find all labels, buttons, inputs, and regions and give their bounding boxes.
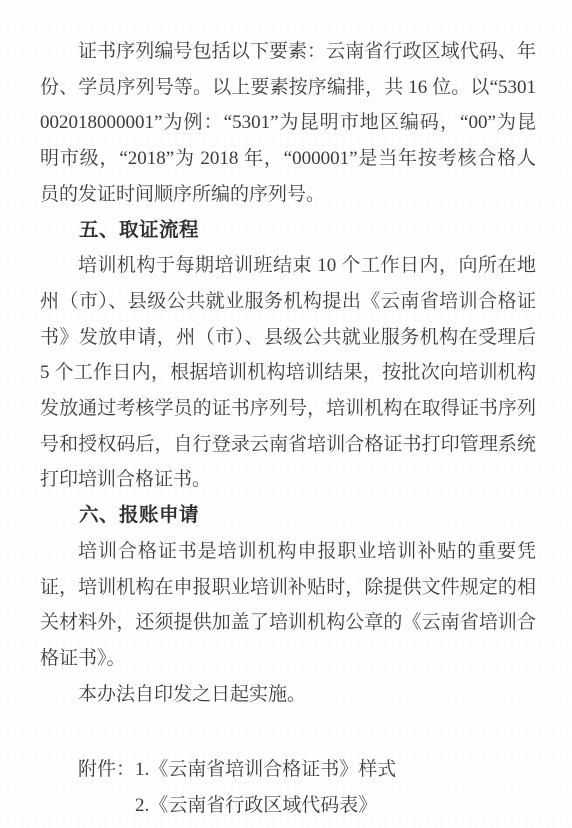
attachments-block: 附件： 1.《云南省培训合格证书》样式 2.《云南省行政区域代码表》: [40, 752, 536, 823]
attachment-item-1: 1.《云南省培训合格证书》样式: [135, 752, 396, 788]
document-content: 证书序列编号包括以下要素：云南省行政区域代码、年份、学员序列号等。以上要素按序编…: [40, 34, 536, 824]
section-5-heading: 五、取证流程: [40, 213, 536, 249]
attachments-label: 附件：: [40, 752, 135, 823]
section-6-paragraph: 培训合格证书是培训机构申报职业培训补贴的重要凭证，培训机构在申报职业培训补贴时，…: [40, 534, 536, 677]
document-page: 证书序列编号包括以下要素：云南省行政区域代码、年份、学员序列号等。以上要素按序编…: [0, 0, 572, 828]
attachments-list: 1.《云南省培训合格证书》样式 2.《云南省行政区域代码表》: [135, 752, 396, 823]
implementation-note: 本办法自印发之日起实施。: [40, 677, 536, 713]
paragraph-certificate-serial: 证书序列编号包括以下要素：云南省行政区域代码、年份、学员序列号等。以上要素按序编…: [40, 34, 536, 213]
section-5-paragraph: 培训机构于每期培训班结束 10 个工作日内，向所在地州（市）、县级公共就业服务机…: [40, 248, 536, 498]
section-6-heading: 六、报账申请: [40, 498, 536, 534]
attachment-item-2: 2.《云南省行政区域代码表》: [135, 788, 396, 824]
